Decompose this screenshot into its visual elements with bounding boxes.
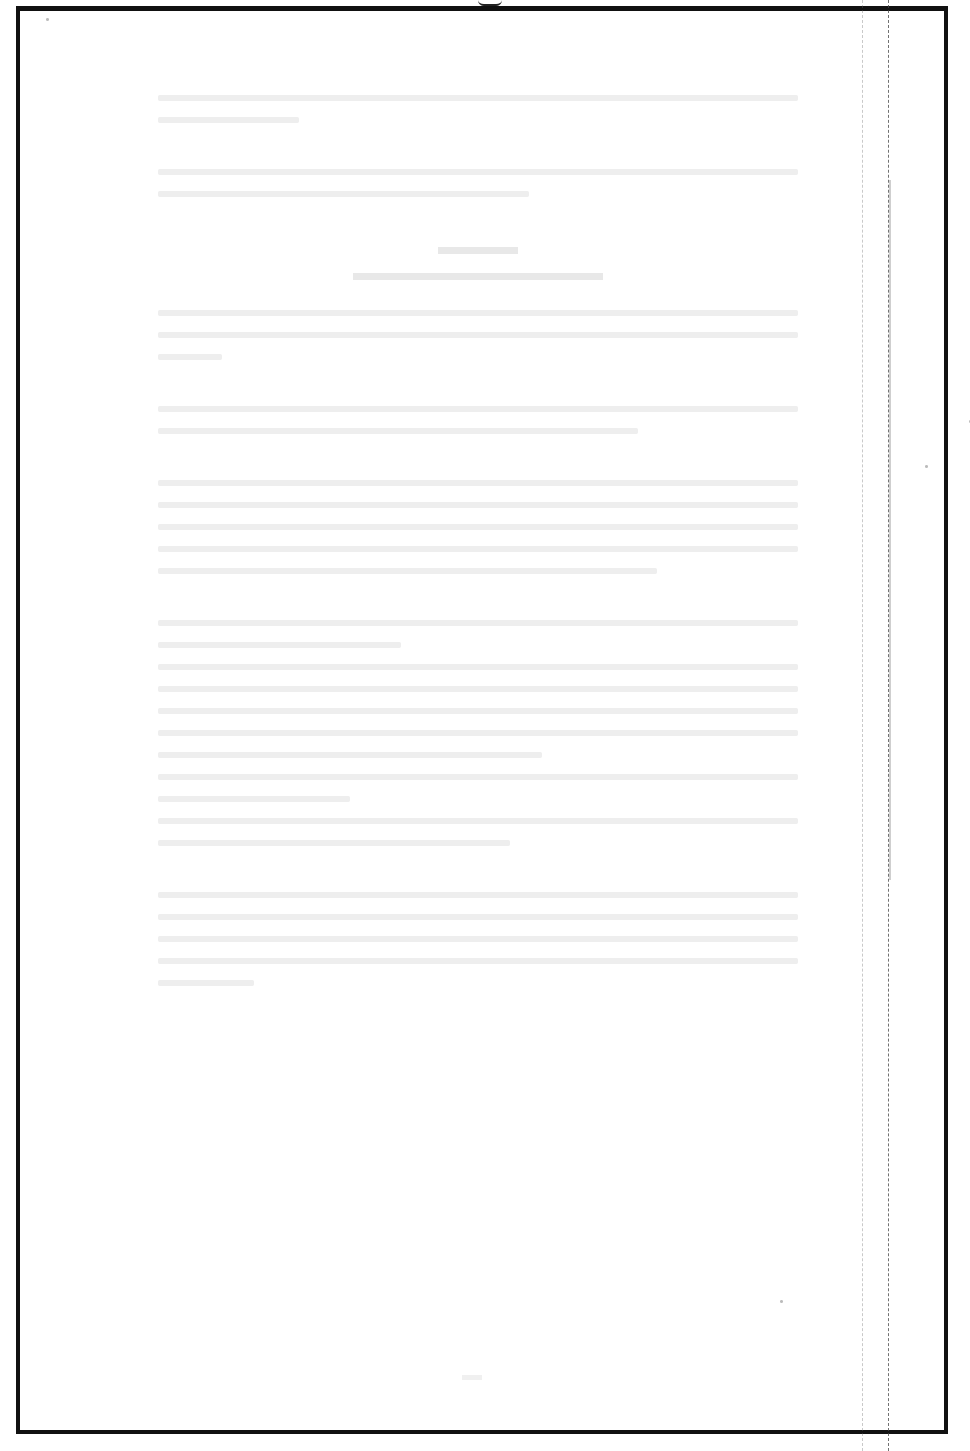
section-heading [158, 247, 798, 280]
paragraph-9 [158, 774, 798, 802]
paragraph-2 [158, 169, 798, 197]
paragraph-1 [158, 95, 798, 123]
paragraph-4 [158, 406, 798, 434]
margin-shadow [889, 180, 891, 880]
heading-line-1 [438, 247, 518, 254]
paragraph-5 [158, 480, 798, 508]
page-number [462, 1375, 482, 1380]
top-handwritten-mark [478, 0, 508, 6]
paragraph-6 [158, 524, 798, 574]
scan-speck [780, 1300, 783, 1303]
paragraph-3 [158, 310, 798, 360]
heading-line-2 [353, 273, 603, 280]
paragraph-11 [158, 892, 798, 986]
scan-speck [46, 18, 49, 21]
scan-speck [925, 465, 928, 468]
margin-rule-inner [862, 0, 863, 1451]
paragraph-8 [158, 664, 798, 758]
paragraph-10 [158, 818, 798, 846]
paragraph-7 [158, 620, 798, 648]
document-body [158, 95, 798, 1002]
